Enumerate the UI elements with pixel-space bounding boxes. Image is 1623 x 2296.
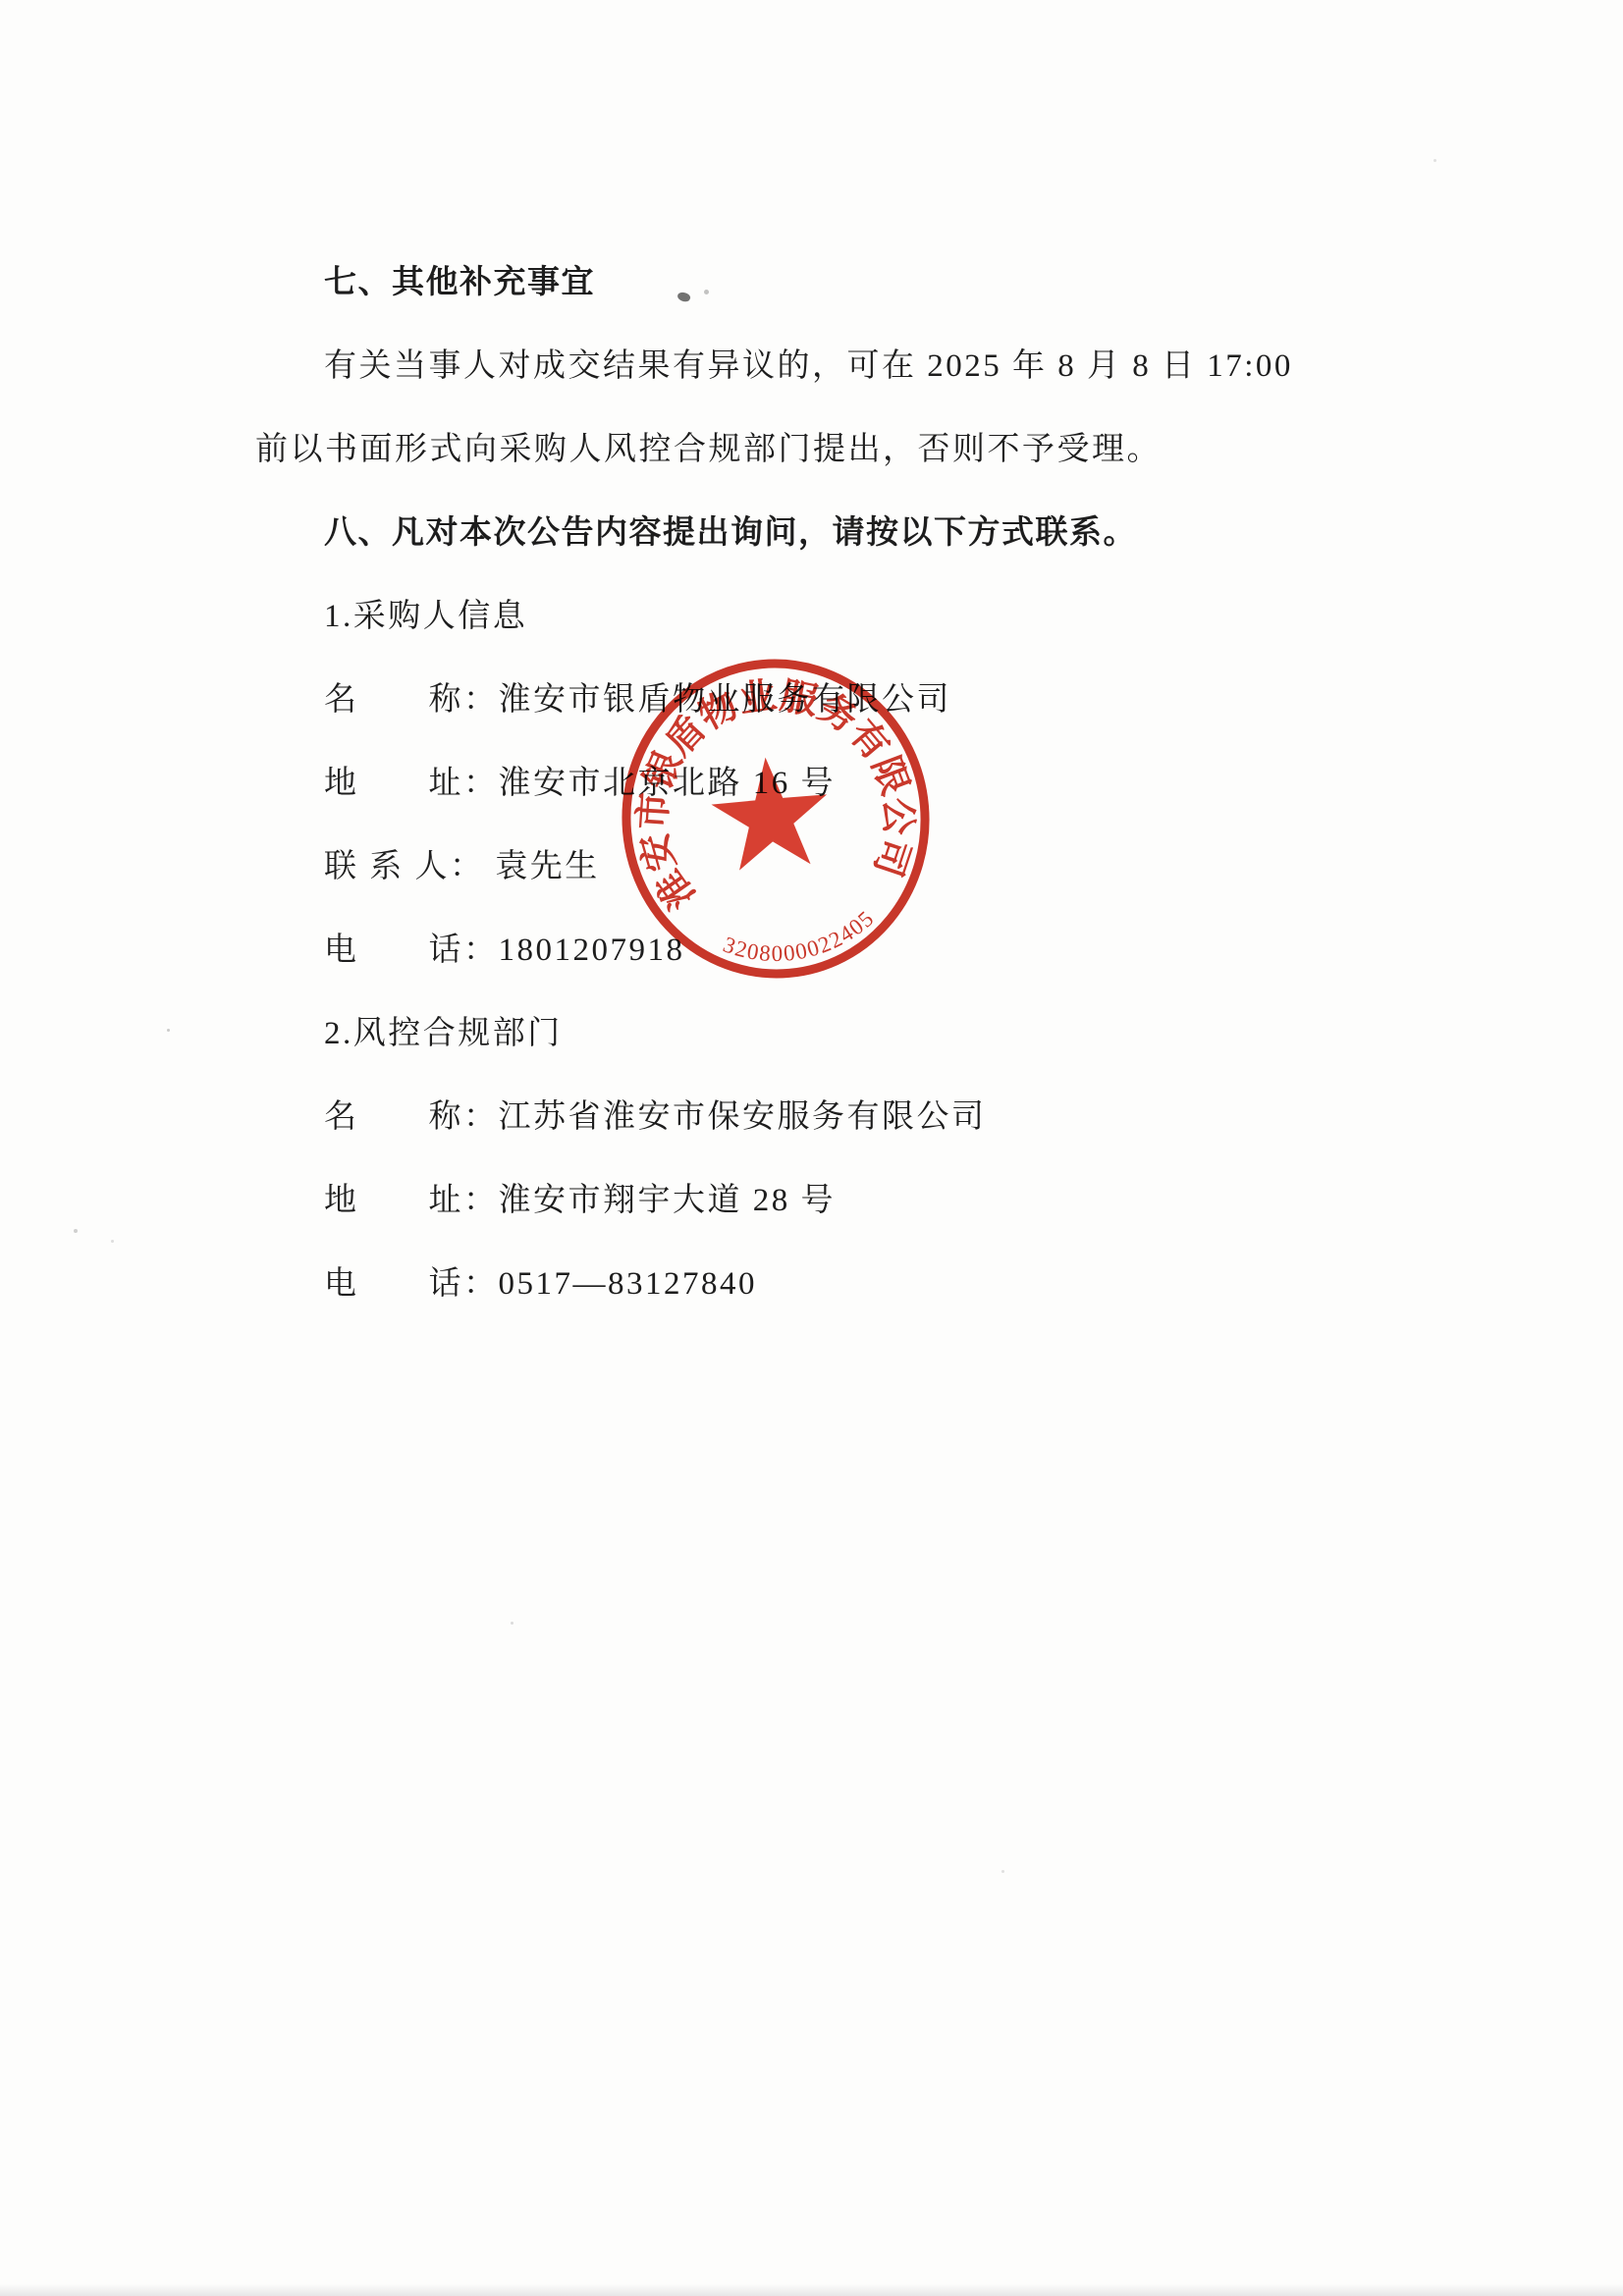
risk-dept-name-row: 名 称：江苏省淮安市保安服务有限公司 <box>255 1076 1414 1159</box>
paper-speck <box>167 1029 170 1032</box>
risk-dept-title: 2.风控合规部门 <box>255 992 1414 1076</box>
field-label: 电 话： <box>324 933 499 968</box>
company-seal-stamp: 淮安市银盾物业服务有限公司 3208000022405 <box>611 652 941 986</box>
paper-speck <box>111 1240 114 1243</box>
purchaser-title: 1.采购人信息 <box>255 575 1414 659</box>
scan-edge-shadow <box>0 2284 1623 2296</box>
paper-speck <box>1434 159 1436 162</box>
ink-speck-small <box>704 290 709 294</box>
section7-paragraph-line2: 前以书面形式向采购人风控合规部门提出，否则不予受理。 <box>255 408 1414 492</box>
seal-registration-number: 3208000022405 <box>717 904 882 971</box>
section7-heading: 七、其他补充事宜 <box>255 241 1414 325</box>
risk-dept-phone-row: 电 话：0517—83127840 <box>255 1243 1414 1326</box>
paper-speck <box>74 1229 78 1233</box>
field-label: 地 址： <box>324 1183 499 1218</box>
section8-heading: 八、凡对本次公告内容提出询问，请按以下方式联系。 <box>255 492 1414 575</box>
field-label: 名 称： <box>324 1099 499 1135</box>
field-label: 地 址： <box>324 766 499 801</box>
seal-star-icon <box>708 753 833 873</box>
scanned-document-page: { "page": { "background": "#fdfdfc", "te… <box>0 0 1623 2296</box>
field-label: 联 系 人： <box>324 849 485 884</box>
paper-speck <box>1001 1870 1004 1873</box>
field-value: 0517—83127840 <box>499 1266 758 1302</box>
svg-text:3208000022405: 3208000022405 <box>717 904 882 971</box>
paper-speck <box>511 1622 514 1625</box>
field-value: 淮安市翔宇大道 28 号 <box>499 1183 837 1218</box>
section7-paragraph-line1: 有关当事人对成交结果有异议的，可在 2025 年 8 月 8 日 17:00 <box>255 325 1414 408</box>
field-label: 名 称： <box>324 682 499 718</box>
field-label: 电 话： <box>324 1266 499 1302</box>
field-value: 袁先生 <box>485 849 600 884</box>
risk-dept-address-row: 地 址：淮安市翔宇大道 28 号 <box>255 1159 1414 1243</box>
field-value: 江苏省淮安市保安服务有限公司 <box>499 1099 987 1135</box>
